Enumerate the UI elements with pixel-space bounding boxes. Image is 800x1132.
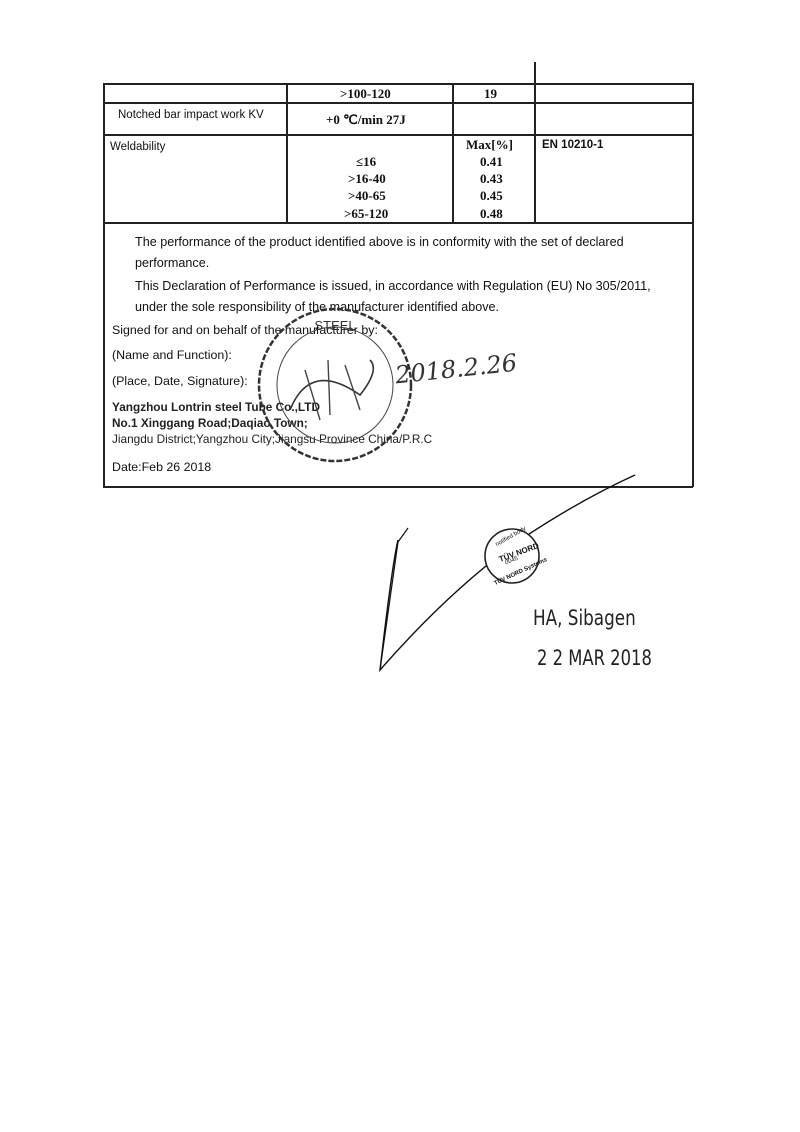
table-border-top — [103, 83, 693, 85]
document-date: Date:Feb 26 2018 — [112, 460, 211, 474]
receipt-name: HA, Sibagen — [533, 606, 636, 630]
cell-property: Weldability — [110, 141, 165, 153]
receipt-date: 2 2 MAR 2018 — [537, 646, 652, 670]
cell-value: 19 — [484, 86, 497, 102]
cell-condition: >40-65 — [348, 188, 386, 204]
cell-condition: >16-40 — [348, 171, 386, 187]
company-seal-icon: STEEL — [250, 300, 420, 470]
cell-condition: >65-120 — [344, 206, 388, 222]
table-border-left — [103, 83, 105, 487]
place-date-signature-label: (Place, Date, Signature): — [112, 374, 248, 388]
regulation-line: This Declaration of Performance is issue… — [135, 276, 695, 297]
tuv-stamp: notified body TÜV NORD 0045 TÜV NORD Sys… — [482, 526, 542, 586]
conformity-statement: The performance of the product identifie… — [135, 232, 695, 274]
table-col-divider — [286, 83, 288, 223]
table-row-divider — [103, 134, 693, 136]
cell-condition: ≤16 — [356, 154, 376, 170]
table-row-divider — [103, 102, 693, 104]
conformity-line: performance. — [135, 253, 695, 274]
cell-value-header: Max[%] — [466, 137, 513, 153]
conformity-line: The performance of the product identifie… — [135, 232, 695, 253]
cell-condition: >100-120 — [340, 86, 391, 102]
cell-value: 0.41 — [480, 154, 503, 170]
cell-condition: +0 ℃/min 27J — [326, 112, 406, 128]
cell-value: 0.45 — [480, 188, 503, 204]
cell-value: 0.48 — [480, 206, 503, 222]
table-col-divider — [534, 83, 536, 223]
cell-property: Notched bar impact work KV — [118, 109, 264, 121]
table-col-divider — [452, 83, 454, 223]
cell-standard: EN 10210-1 — [542, 139, 603, 151]
name-function-label: (Name and Function): — [112, 348, 232, 362]
scan-mark — [534, 62, 536, 84]
table-row-divider — [103, 222, 693, 224]
cell-value: 0.43 — [480, 171, 503, 187]
svg-text:STEEL: STEEL — [314, 318, 355, 333]
